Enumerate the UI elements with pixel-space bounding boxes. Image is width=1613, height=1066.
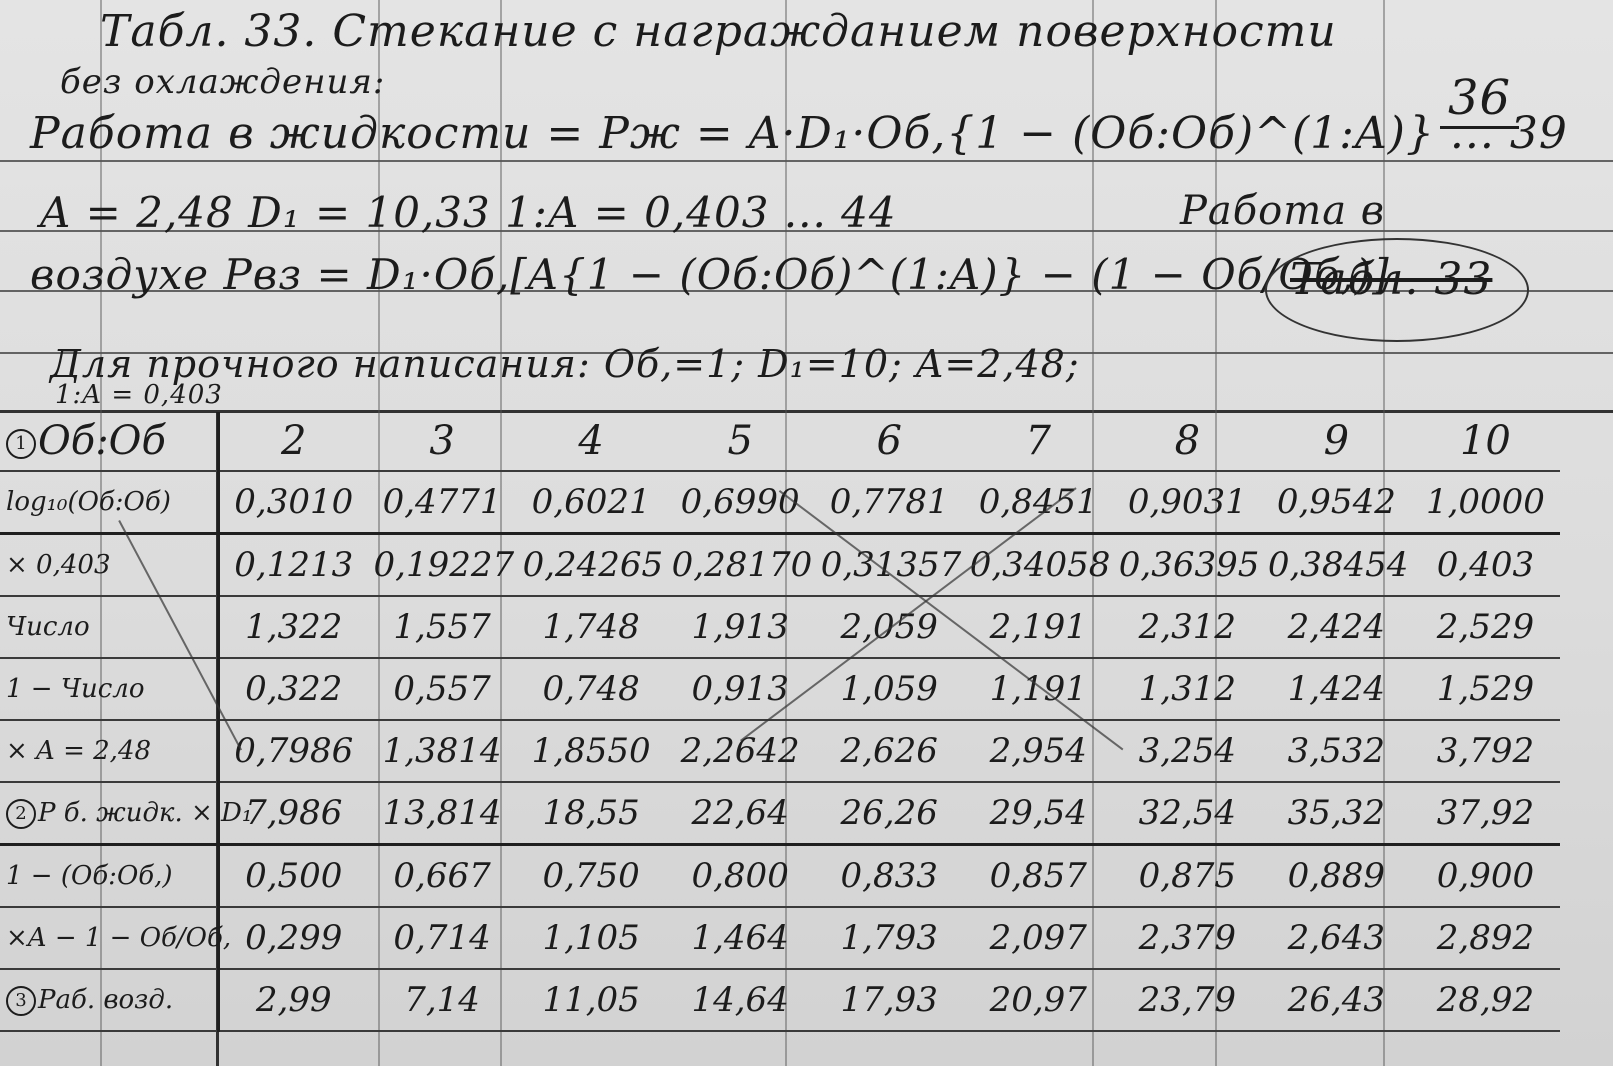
formula-air-label: Работа в [1180, 188, 1385, 234]
table-cell: 2,424 [1262, 596, 1411, 658]
table-cell: 37,92 [1411, 782, 1560, 845]
table-cell: 32,54 [1113, 782, 1262, 845]
row-label-text: 1 − (Об:Об,) [6, 861, 173, 891]
table-cell: 2,99 [219, 969, 368, 1031]
table-cell: 1,8550 [517, 720, 666, 782]
table-cell: 0,322 [219, 658, 368, 720]
table-cell: 0,3010 [219, 471, 368, 534]
table-cell: 2,191 [964, 596, 1113, 658]
table-cell: 0,38454 [1262, 534, 1411, 597]
ruled-line [0, 160, 1613, 162]
page-subtitle: без охлаждения: [60, 62, 385, 102]
table-cell: 13,814 [368, 782, 517, 845]
table-cell: 0,889 [1262, 845, 1411, 908]
table-cell: 0,299 [219, 907, 368, 969]
table-cell: 0,28170 [666, 534, 815, 597]
column-header: 8 [1113, 412, 1262, 471]
table-cell: 20,97 [964, 969, 1113, 1031]
table-cell: 1,793 [815, 907, 964, 969]
table-cell: 0,857 [964, 845, 1113, 908]
column-header: 6 [815, 412, 964, 471]
table-cell: 1,748 [517, 596, 666, 658]
page-reference-top: 36 [1440, 70, 1519, 129]
table-cell: 0,4771 [368, 471, 517, 534]
table-cell: 17,93 [815, 969, 964, 1031]
row-label: × 0,403 [0, 534, 219, 597]
table-cell: 0,9031 [1113, 471, 1262, 534]
column-header: 5 [666, 412, 815, 471]
row-marker: 1 [6, 429, 36, 459]
table-cell: 23,79 [1113, 969, 1262, 1031]
row-label: 1 − (Об:Об,) [0, 845, 219, 908]
table-cell: 0,24265 [517, 534, 666, 597]
table-cell: 2,626 [815, 720, 964, 782]
table-cell: 0,900 [1411, 845, 1560, 908]
table-row: log₁₀(Об:Об)0,30100,47710,60210,69900,77… [0, 471, 1560, 534]
row-label-text: Раб. возд. [38, 985, 173, 1015]
row-marker: 3 [6, 986, 36, 1016]
column-header: 9 [1262, 412, 1411, 471]
row-label: 2Р б. жидк. × D₁ [0, 782, 219, 845]
table-row: 2Р б. жидк. × D₁7,98613,81418,5522,6426,… [0, 782, 1560, 845]
column-header: 10 [1411, 412, 1560, 471]
row-label: × A = 2,48 [0, 720, 219, 782]
table-cell: 22,64 [666, 782, 815, 845]
table-cell: 35,32 [1262, 782, 1411, 845]
table-cell: 1,557 [368, 596, 517, 658]
table-cell: 0,1213 [219, 534, 368, 597]
page-title: Табл. 33. Стекание с награжданием поверх… [100, 6, 1337, 57]
row-label-text: Р б. жидк. × D₁ [38, 798, 252, 828]
table-cell: 2,954 [964, 720, 1113, 782]
row-label-text: × 0,403 [6, 550, 110, 580]
row-label: 3Раб. возд. [0, 969, 219, 1031]
table-cell: 1,529 [1411, 658, 1560, 720]
table-cell: 0,913 [666, 658, 815, 720]
table-row: × 0,4030,12130,192270,242650,281700,3135… [0, 534, 1560, 597]
circled-reference-text: Табл. 33 [1290, 254, 1492, 305]
table-cell: 28,92 [1411, 969, 1560, 1031]
table-cell: 11,05 [517, 969, 666, 1031]
calculation-table: 1Об:Об 2345678910 log₁₀(Об:Об)0,30100,47… [0, 412, 1560, 1032]
row-label: 1 − Число [0, 658, 219, 720]
table-header-row: 1Об:Об 2345678910 [0, 412, 1560, 471]
table-cell: 3,792 [1411, 720, 1560, 782]
table-row: 1 − (Об:Об,)0,5000,6670,7500,8000,8330,8… [0, 845, 1560, 908]
table-cell: 0,7781 [815, 471, 964, 534]
table-cell: 0,800 [666, 845, 815, 908]
table-cell: 18,55 [517, 782, 666, 845]
table-cell: 0,500 [219, 845, 368, 908]
table-cell: 7,14 [368, 969, 517, 1031]
table-cell: 0,36395 [1113, 534, 1262, 597]
table-cell: 26,43 [1262, 969, 1411, 1031]
table-cell: 2,312 [1113, 596, 1262, 658]
table-cell: 0,557 [368, 658, 517, 720]
column-header: 3 [368, 412, 517, 471]
notebook-page: Табл. 33. Стекание с награжданием поверх… [0, 0, 1613, 1066]
table-cell: 14,64 [666, 969, 815, 1031]
table-cell: 2,892 [1411, 907, 1560, 969]
table-row: ×A − 1 − Об/Об,0,2990,7141,1051,4641,793… [0, 907, 1560, 969]
table-cell: 1,3814 [368, 720, 517, 782]
table-cell: 2,379 [1113, 907, 1262, 969]
formula-air: воздухе Рвз = D₁·Об,[A{1 − (Об:Об)^(1:A)… [30, 250, 1390, 299]
row-label-text: × A = 2,48 [6, 736, 151, 766]
table-cell: 0,667 [368, 845, 517, 908]
row-label-text: Число [6, 612, 90, 642]
table-cell: 0,19227 [368, 534, 517, 597]
column-header: 4 [517, 412, 666, 471]
table-cell: 0,833 [815, 845, 964, 908]
table-cell: 0,875 [1113, 845, 1262, 908]
table-cell: 2,643 [1262, 907, 1411, 969]
table-cell: 26,26 [815, 782, 964, 845]
table-cell: 0,403 [1411, 534, 1560, 597]
column-header: 2 [219, 412, 368, 471]
table-cell: 1,913 [666, 596, 815, 658]
table-cell: 0,9542 [1262, 471, 1411, 534]
table-cell: 1,322 [219, 596, 368, 658]
header-label-cell: 1Об:Об [0, 412, 219, 471]
table-cell: 0,34058 [964, 534, 1113, 597]
column-header: 7 [964, 412, 1113, 471]
parameters-line: A = 2,48 D₁ = 10,33 1:A = 0,403 ... 44 [40, 188, 897, 237]
table-cell: 1,105 [517, 907, 666, 969]
table-cell: 1,424 [1262, 658, 1411, 720]
table-cell: 0,750 [517, 845, 666, 908]
row-marker: 2 [6, 799, 36, 829]
table-row: Число1,3221,5571,7481,9132,0592,1912,312… [0, 596, 1560, 658]
table-cell: 0,748 [517, 658, 666, 720]
table-cell: 2,529 [1411, 596, 1560, 658]
row-label-text: 1 − Число [6, 674, 144, 704]
table-cell: 0,7986 [219, 720, 368, 782]
table-cell: 1,191 [964, 658, 1113, 720]
table-row: 3Раб. возд.2,997,1411,0514,6417,9320,972… [0, 969, 1560, 1031]
table-cell: 2,2642 [666, 720, 815, 782]
table-cell: 1,0000 [1411, 471, 1560, 534]
table-cell: 3,532 [1262, 720, 1411, 782]
table-cell: 2,097 [964, 907, 1113, 969]
row-label-text: log₁₀(Об:Об) [6, 487, 171, 517]
table-cell: 1,464 [666, 907, 815, 969]
table-row: × A = 2,480,79861,38141,85502,26422,6262… [0, 720, 1560, 782]
header-label: Об:Об [38, 418, 166, 464]
table-cell: 0,8451 [964, 471, 1113, 534]
table-cell: 3,254 [1113, 720, 1262, 782]
table-cell: 0,6021 [517, 471, 666, 534]
table-cell: 29,54 [964, 782, 1113, 845]
row-label: log₁₀(Об:Об) [0, 471, 219, 534]
conditions-subline: 1:A = 0,403 [55, 380, 223, 410]
formula-water: Работа в жидкости = Рж = A·D₁·Об,{1 − (О… [30, 108, 1568, 159]
table-cell: 1,312 [1113, 658, 1262, 720]
row-label: ×A − 1 − Об/Об, [0, 907, 219, 969]
table-cell: 0,714 [368, 907, 517, 969]
row-label-text: ×A − 1 − Об/Об, [6, 923, 231, 953]
